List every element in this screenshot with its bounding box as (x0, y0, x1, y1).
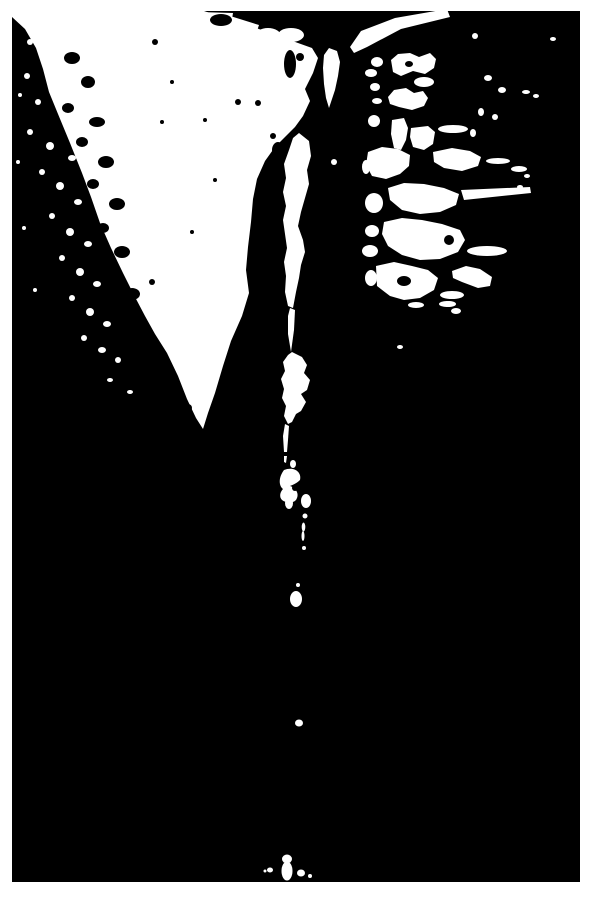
black-speck (114, 246, 130, 258)
white-speck (278, 28, 304, 42)
white-speck (46, 142, 54, 150)
white-speck (302, 531, 305, 541)
black-speck (270, 133, 276, 139)
white-speck (438, 125, 468, 133)
white-speck (22, 226, 26, 230)
white-speck (397, 345, 403, 349)
white-speck (303, 514, 308, 519)
white-speck (103, 321, 111, 327)
black-speck (64, 52, 80, 64)
black-speck (97, 223, 109, 233)
black-speck (284, 50, 296, 78)
black-speck (235, 99, 241, 105)
white-speck (93, 281, 101, 287)
black-speck (159, 370, 171, 378)
white-speck (451, 308, 461, 314)
binarized-photo (0, 0, 595, 899)
white-speck (267, 868, 273, 873)
white-speck (18, 93, 22, 97)
white-speck (308, 874, 312, 878)
black-speck (149, 279, 155, 285)
white-speck (39, 169, 45, 175)
white-speck (372, 98, 382, 104)
black-speck (210, 14, 232, 26)
white-speck (301, 494, 311, 508)
white-speck (107, 378, 113, 382)
white-speck (370, 83, 380, 91)
white-speck (16, 160, 20, 164)
white-speck (511, 166, 527, 172)
white-speck (302, 523, 306, 532)
black-speck (213, 178, 217, 182)
white-speck (362, 160, 370, 174)
white-speck (368, 115, 380, 127)
white-speck (52, 84, 60, 92)
white-speck (371, 57, 383, 67)
white-speck (472, 33, 478, 39)
white-speck (470, 129, 476, 137)
white-speck (296, 583, 300, 587)
white-speck (27, 129, 33, 135)
white-speck (295, 720, 303, 727)
black-speck (190, 230, 194, 234)
white-speck (492, 114, 498, 120)
black-speck (397, 276, 411, 286)
white-speck (66, 228, 74, 236)
black-speck (81, 76, 95, 88)
white-speck (59, 255, 65, 261)
white-speck (285, 497, 293, 509)
white-speck (498, 87, 506, 93)
black-speck (149, 350, 161, 358)
black-speck (87, 179, 99, 189)
black-speck (203, 118, 207, 122)
black-speck (170, 80, 174, 84)
white-speck (81, 335, 87, 341)
white-speck (282, 862, 293, 881)
black-speck (272, 142, 284, 158)
white-speck (127, 390, 133, 394)
black-speck (255, 100, 261, 106)
black-speck (121, 309, 133, 319)
white-speck (255, 28, 281, 44)
black-speck (171, 390, 181, 398)
white-speck (524, 174, 530, 178)
white-speck (365, 270, 377, 286)
black-speck (160, 120, 164, 124)
white-speck (98, 347, 106, 353)
white-speck (27, 39, 33, 45)
white-speck (68, 155, 76, 161)
black-speck (136, 329, 150, 339)
black-speck (405, 61, 413, 67)
white-speck (69, 295, 75, 301)
black-speck (109, 198, 125, 210)
white-speck (76, 268, 84, 276)
white-speck (290, 460, 296, 468)
white-speck (478, 108, 484, 116)
white-speck (56, 182, 64, 190)
white-speck (365, 69, 377, 77)
black-speck (152, 39, 158, 45)
white-speck (517, 185, 523, 189)
white-speck (365, 193, 383, 213)
white-speck (533, 94, 539, 98)
black-speck (98, 156, 114, 168)
black-speck (76, 137, 88, 147)
black-speck (62, 103, 74, 113)
black-speck (292, 485, 298, 491)
black-speck (184, 404, 192, 412)
white-speck (486, 158, 510, 164)
black-speck (118, 329, 126, 335)
white-speck (40, 55, 48, 61)
white-speck (49, 213, 55, 219)
white-speck (331, 159, 337, 165)
black-speck (124, 288, 140, 300)
white-speck (439, 301, 455, 307)
white-speck (35, 99, 41, 105)
black-speck (444, 235, 454, 245)
white-speck (86, 308, 94, 316)
white-speck (414, 77, 434, 87)
white-speck (550, 37, 556, 41)
white-speck (467, 246, 507, 256)
white-speck (408, 302, 424, 308)
white-speck (115, 357, 121, 363)
white-speck (24, 73, 30, 79)
white-speck (74, 199, 82, 205)
black-speck (89, 117, 105, 127)
black-speck (106, 267, 118, 277)
white-speck (522, 90, 530, 94)
white-speck (365, 225, 379, 237)
white-speck (264, 870, 267, 873)
white-speck (302, 546, 306, 550)
binarized-photo-canvas (0, 0, 595, 899)
white-speck (290, 591, 302, 607)
white-speck (33, 288, 37, 292)
white-speck (84, 241, 92, 247)
white-speck (440, 291, 464, 299)
white-speck (297, 870, 305, 877)
white-speck (362, 245, 378, 257)
black-speck (296, 53, 304, 61)
white-speck (484, 75, 492, 81)
